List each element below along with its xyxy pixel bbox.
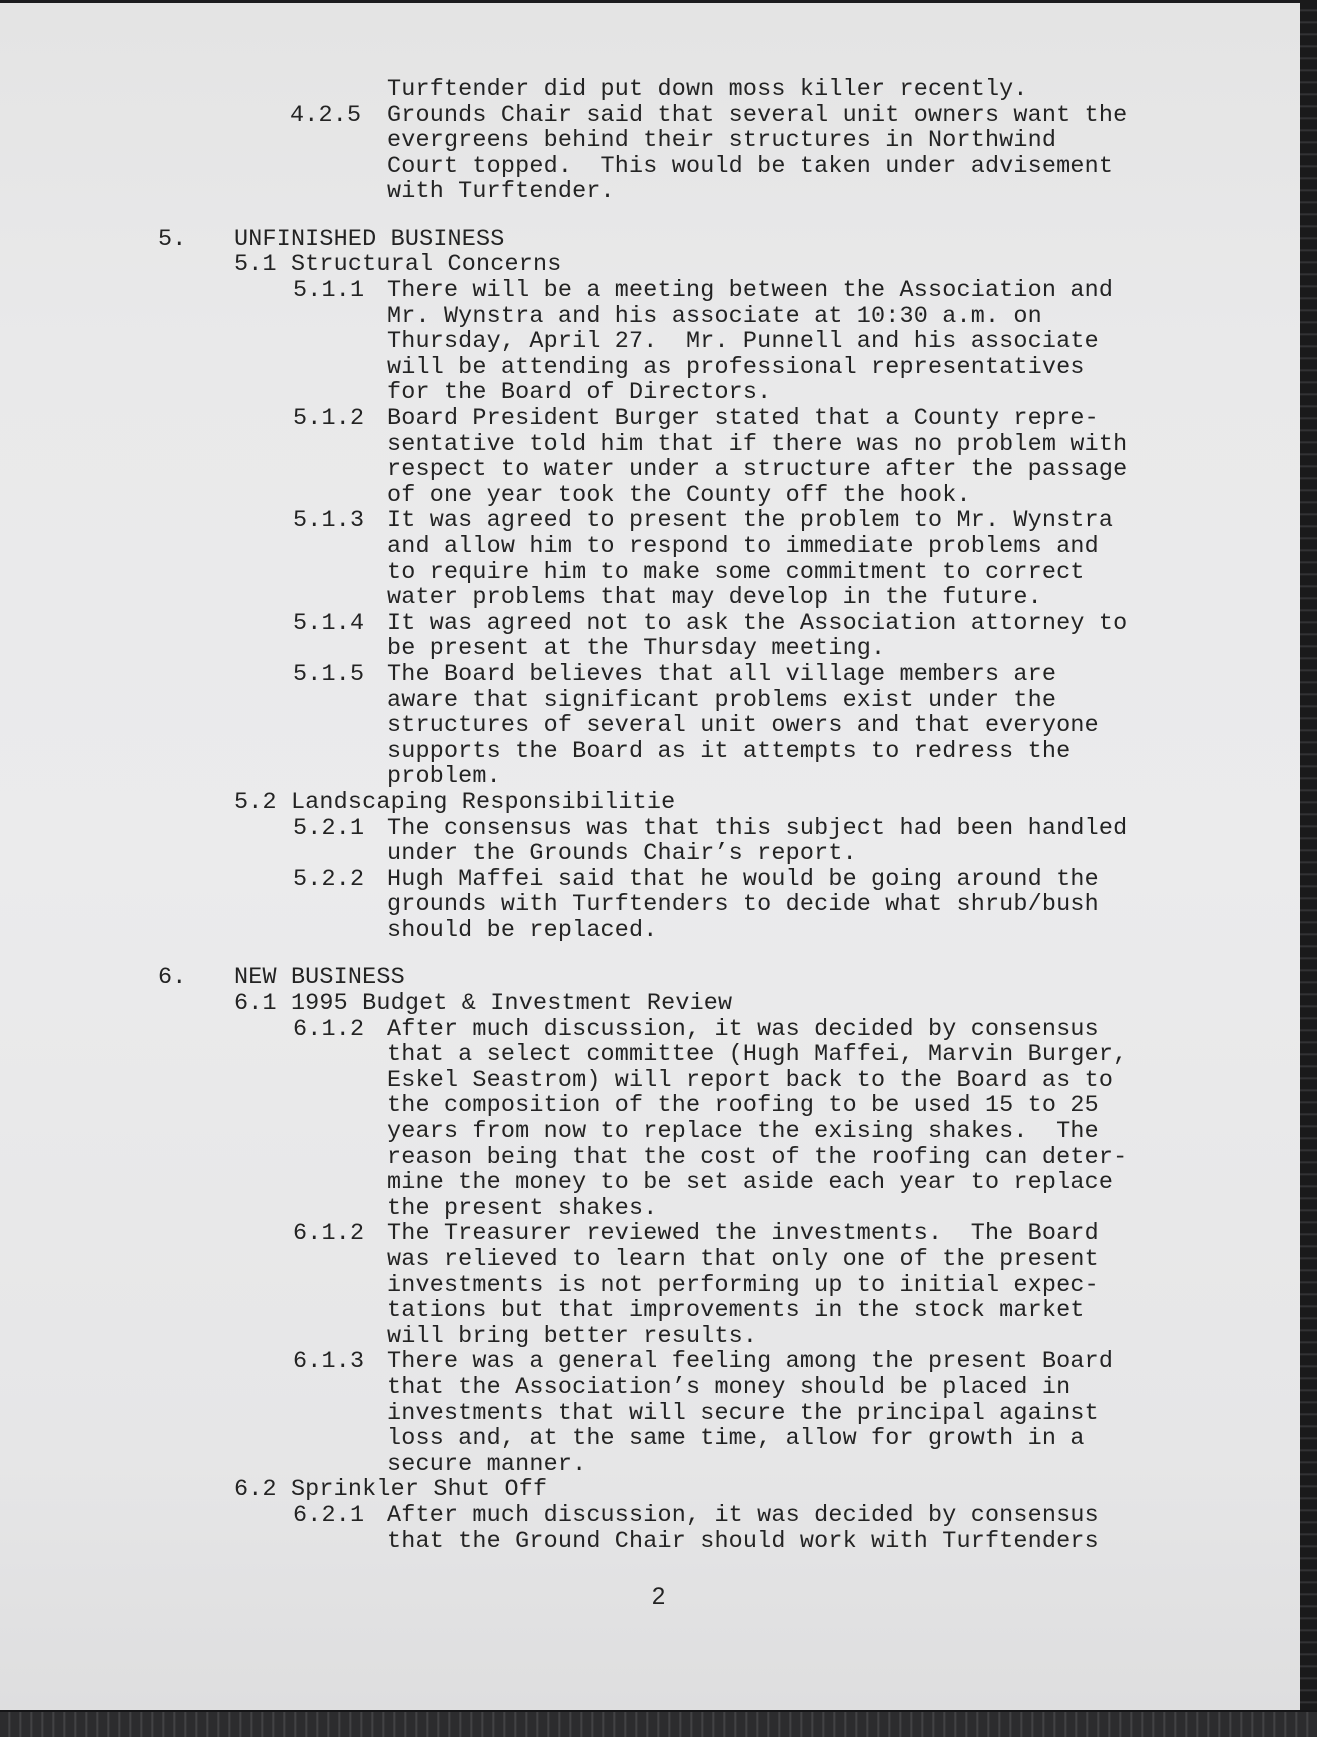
item-text-line: problem. xyxy=(387,764,501,790)
item-text-line: Eskel Seastrom) will report back to the … xyxy=(387,1068,1113,1094)
item-number: 5.1.4 xyxy=(293,611,364,637)
item-number: 5.2.1 xyxy=(293,816,364,842)
item-number: 6.2.1 xyxy=(293,1503,364,1529)
item-text-line: aware that significant problems exist un… xyxy=(387,688,1056,714)
item-text-line: There was a general feeling among the pr… xyxy=(387,1349,1113,1375)
item-number: 6.1.2 xyxy=(293,1017,364,1043)
item-number: 5.1.1 xyxy=(293,278,364,304)
document-page: Turftender did put down moss killer rece… xyxy=(0,0,1300,1715)
item-text-line: mine the money to be set aside each year… xyxy=(387,1170,1113,1196)
item-text-line: investments that will secure the princip… xyxy=(387,1401,1099,1427)
item-text-line: Thursday, April 27. Mr. Punnell and his … xyxy=(387,329,1099,355)
item-text-line: with Turftender. xyxy=(387,179,615,205)
item-number: 5.2.2 xyxy=(293,867,364,893)
item-number: 5.1.3 xyxy=(293,508,364,534)
item-text-line: under the Grounds Chair’s report. xyxy=(387,841,857,867)
item-text-line: sentative told him that if there was no … xyxy=(387,432,1127,458)
item-text-line: Board President Burger stated that a Cou… xyxy=(387,406,1099,432)
item-text-line: that the Ground Chair should work with T… xyxy=(387,1529,1099,1555)
item-text-line: Hugh Maffei said that he would be going … xyxy=(387,867,1099,893)
item-text-line: the present shakes. xyxy=(387,1196,658,1222)
item-text-line: be present at the Thursday meeting. xyxy=(387,636,885,662)
binder-edge-right xyxy=(1300,0,1317,1737)
item-text-line: loss and, at the same time, allow for gr… xyxy=(387,1426,1085,1452)
item-text-line: The consensus was that this subject had … xyxy=(387,816,1127,842)
item-text-line: that a select committee (Hugh Maffei, Ma… xyxy=(387,1042,1127,1068)
item-text-line: tations but that improvements in the sto… xyxy=(387,1298,1085,1324)
item-text-line: will be attending as professional repres… xyxy=(387,355,1085,381)
item-text-line: of one year took the County off the hook… xyxy=(387,483,971,509)
item-text-line: structures of several unit owers and tha… xyxy=(387,713,1099,739)
item-text-line: Court topped. This would be taken under … xyxy=(387,154,1113,180)
item-text-line: years from now to replace the exising sh… xyxy=(387,1119,1099,1145)
item-text-line: and allow him to respond to immediate pr… xyxy=(387,534,1099,560)
item-text-line: Grounds Chair said that several unit own… xyxy=(387,103,1127,129)
subsection-heading: 6.1 1995 Budget & Investment Review xyxy=(234,991,732,1017)
section-number: 6. xyxy=(158,965,186,991)
page-number: 2 xyxy=(0,1583,1317,1611)
item-text-line: evergreens behind their structures in No… xyxy=(387,128,1056,154)
item-number: 6.1.2 xyxy=(293,1221,364,1247)
item-text-line: grounds with Turftenders to decide what … xyxy=(387,892,1099,918)
subsection-heading: 5.2 Landscaping Responsibilitie xyxy=(234,790,675,816)
item-text-line: should be replaced. xyxy=(387,918,658,944)
item-number: 5.1.5 xyxy=(293,662,364,688)
item-text-line: water problems that may develop in the f… xyxy=(387,585,1042,611)
item-text-line: After much discussion, it was decided by… xyxy=(387,1503,1099,1529)
item-text-line: There will be a meeting between the Asso… xyxy=(387,278,1113,304)
item-number: 6.1.3 xyxy=(293,1349,364,1375)
item-number: 5.1.2 xyxy=(293,406,364,432)
item-text-line: was relieved to learn that only one of t… xyxy=(387,1247,1099,1273)
subsection-heading: 6.2 Sprinkler Shut Off xyxy=(234,1477,547,1503)
item-text-line: The Board believes that all village memb… xyxy=(387,662,1056,688)
item-number: 4.2.5 xyxy=(290,103,361,129)
item-text-line: investments is not performing up to init… xyxy=(387,1273,1099,1299)
binder-edge-bottom xyxy=(0,1710,1317,1737)
item-text-line: Mr. Wynstra and his associate at 10:30 a… xyxy=(387,304,1042,330)
item-text-line: to require him to make some commitment t… xyxy=(387,560,1085,586)
item-text-line: for the Board of Directors. xyxy=(387,380,771,406)
item-text-line: Turftender did put down moss killer rece… xyxy=(387,77,1028,103)
item-text-line: the composition of the roofing to be use… xyxy=(387,1093,1099,1119)
item-text-line: that the Association’s money should be p… xyxy=(387,1375,1070,1401)
item-text-line: It was agreed not to ask the Association… xyxy=(387,611,1127,637)
item-text-line: It was agreed to present the problem to … xyxy=(387,508,1113,534)
item-text-line: supports the Board as it attempts to red… xyxy=(387,739,1070,765)
item-text-line: respect to water under a structure after… xyxy=(387,457,1127,483)
item-text-line: will bring better results. xyxy=(387,1324,757,1350)
item-text-line: reason being that the cost of the roofin… xyxy=(387,1145,1127,1171)
subsection-heading: 5.1 Structural Concerns xyxy=(234,252,561,278)
section-number: 5. xyxy=(158,227,186,253)
section-title: NEW BUSINESS xyxy=(234,965,405,991)
item-text-line: secure manner. xyxy=(387,1452,586,1478)
item-text-line: After much discussion, it was decided by… xyxy=(387,1017,1099,1043)
item-text-line: The Treasurer reviewed the investments. … xyxy=(387,1221,1099,1247)
section-title: UNFINISHED BUSINESS xyxy=(234,227,505,253)
